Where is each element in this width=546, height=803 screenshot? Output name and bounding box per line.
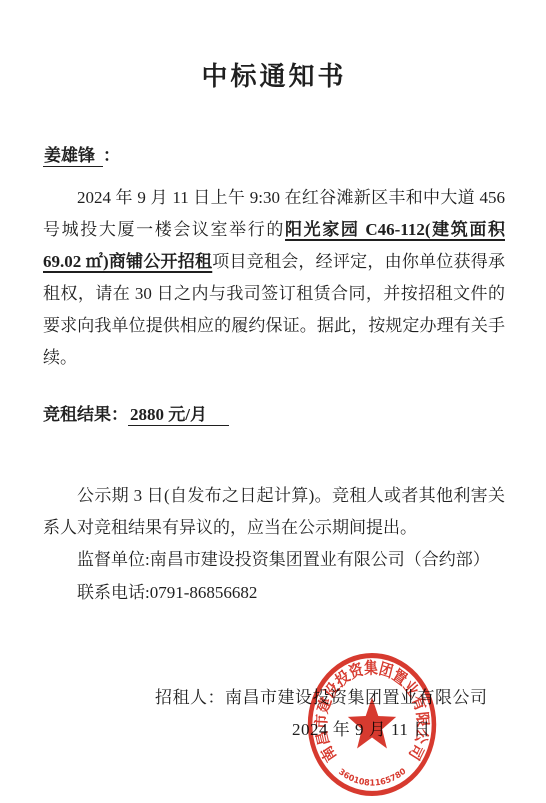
signature-block: 招租人：南昌市建设投资集团置业有限公司 2024 年 9 月 11 日	[43, 682, 505, 746]
notice-footer-block: 公示期 3 日(自发布之日起计算)。竞租人或者其他利害关系人对竞租结果有异议的，…	[43, 480, 505, 609]
bid-result-line: 竞租结果：2880 元/月	[43, 400, 505, 430]
seal-serial-number: 3601081165780	[337, 766, 408, 788]
body-paragraph-1: 2024 年 9 月 11 日上午 9:30 在红谷滩新区丰和中大道 456 号…	[43, 182, 505, 374]
recipient-name: 姜雄锋	[43, 146, 103, 167]
document-page: 中标通知书 姜雄锋： 2024 年 9 月 11 日上午 9:30 在红谷滩新区…	[0, 0, 546, 803]
signature-date: 2024 年 9 月 11 日	[43, 714, 505, 746]
bid-result-label: 竞租结果：	[43, 405, 128, 424]
issuer-name: 南昌市建设投资集团置业有限公司	[225, 688, 488, 707]
recipient-colon: ：	[103, 146, 120, 165]
issuer-line: 招租人：南昌市建设投资集团置业有限公司	[43, 682, 505, 714]
phone-line: 联系电话:0791-86856682	[43, 577, 505, 610]
supervisor-line: 监督单位:南昌市建设投资集团置业有限公司（合约部）	[43, 544, 505, 577]
document-title: 中标通知书	[43, 60, 505, 94]
issuer-label: 招租人：	[155, 688, 225, 707]
body-paragraph-2: 公示期 3 日(自发布之日起计算)。竞租人或者其他利害关系人对竞租结果有异议的，…	[43, 480, 505, 544]
bid-result-value: 2880 元/月	[128, 405, 229, 426]
salutation: 姜雄锋：	[43, 144, 505, 168]
